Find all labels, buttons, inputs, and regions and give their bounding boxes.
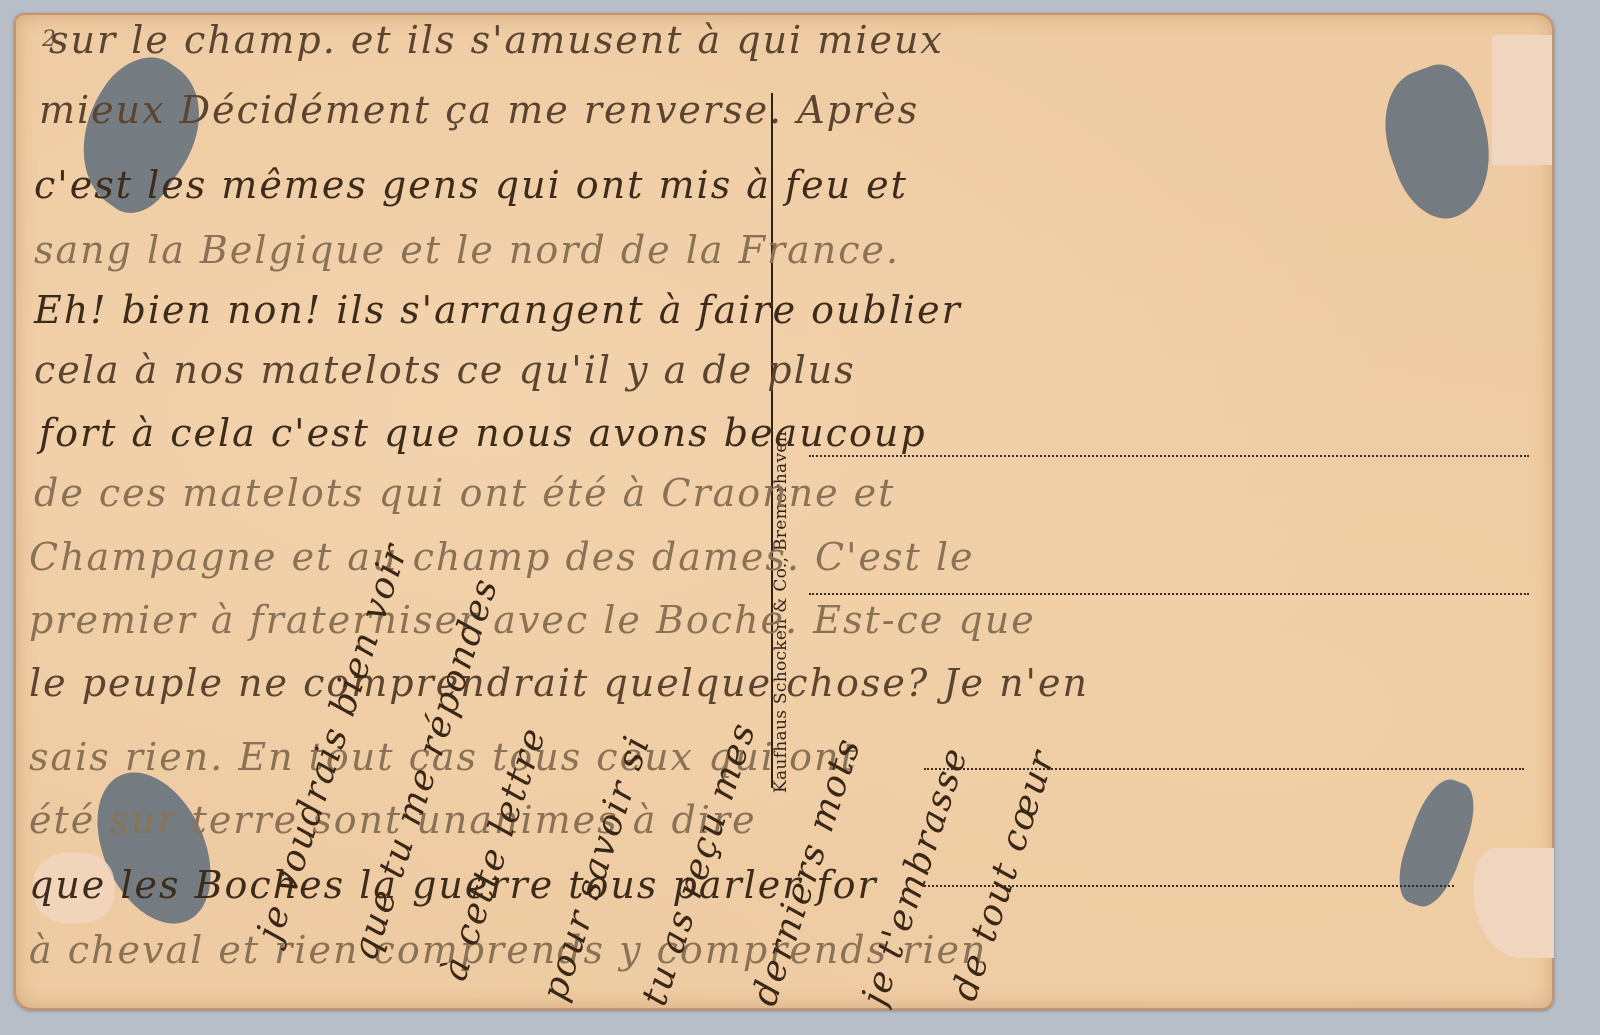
handwriting-line-8: de ces matelots qui ont été à Craonne et [34, 471, 895, 515]
handwriting-line-15: à cheval et rien comprends y comprends r… [29, 928, 987, 972]
handwriting-line-6: cela à nos matelots ce qu'il y a de plus [34, 348, 856, 392]
address-line-2 [809, 593, 1529, 595]
handwriting-line-7: fort à cela c'est que nous avons beaucou… [39, 411, 927, 455]
address-line-3 [924, 768, 1524, 770]
handwriting-line-4: sang la Belgique et le nord de la France… [34, 228, 900, 272]
handwriting-line-5: Eh! bien non! ils s'arrangent à faire ou… [34, 288, 962, 332]
handwriting-line-1: sur le champ. et ils s'amusent à qui mie… [49, 18, 944, 62]
paper-peel-top-right [1492, 35, 1552, 165]
handwriting-line-11: le peuple ne comprendrait quelque chose?… [29, 661, 1089, 705]
handwriting-line-14: que les Boches la guerre tous parler for [29, 863, 878, 907]
handwriting-line-2: mieux Décidément ça me renverse. Après [39, 88, 919, 132]
handwriting-line-3: c'est les mêmes gens qui ont mis à feu e… [34, 163, 908, 207]
handwriting-line-10: premier à fraterniser avec le Boche. Est… [29, 598, 1036, 642]
tape-remnant-top-right [1366, 55, 1511, 230]
paper-peel-bottom-right [1474, 848, 1554, 958]
postcard-back: 2 Kaufhaus Schocken & Co., Bremerhaven s… [14, 13, 1554, 1010]
handwriting-line-9: Champagne et au champ des dames. C'est l… [29, 535, 975, 579]
address-line-1 [809, 455, 1529, 457]
tape-remnant-bottom-right [1388, 773, 1484, 914]
